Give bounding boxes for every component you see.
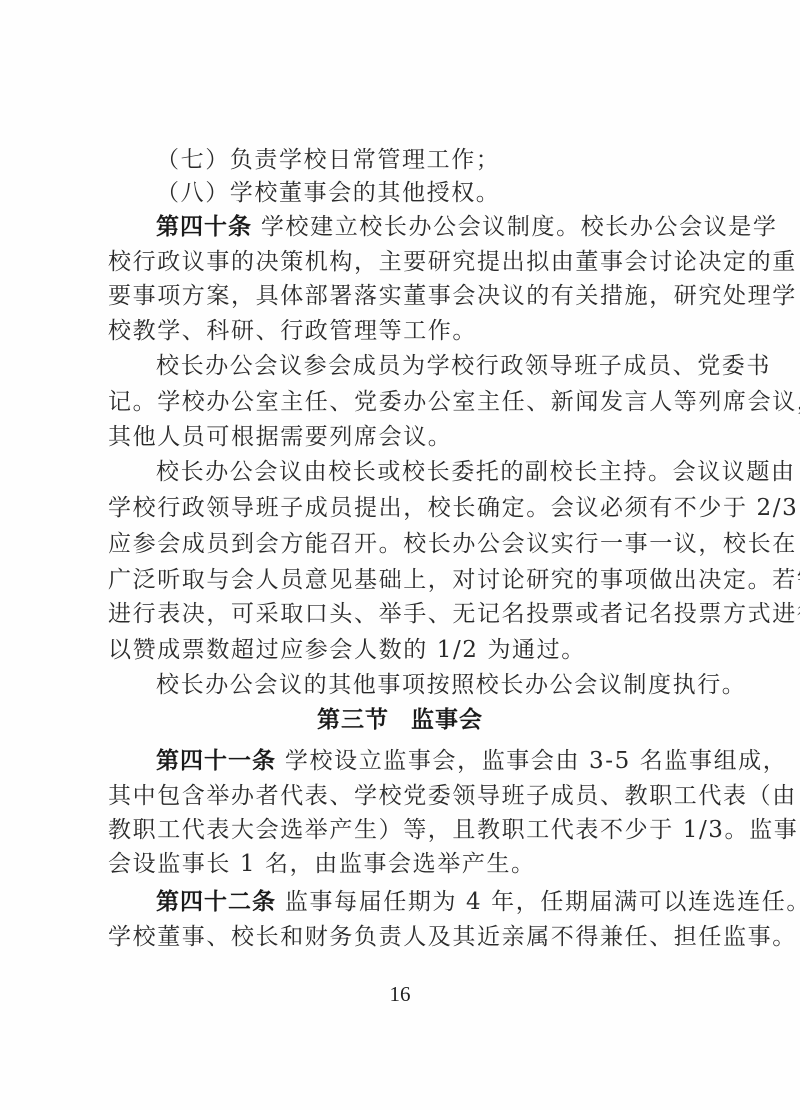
paragraph-text: （八）学校董事会的其他授权。 — [156, 180, 500, 206]
paragraph-text: 其他人员可根据需要列席会议。 — [108, 424, 452, 450]
paragraph-line: 校长办公会议的其他事项按照校长办公会议制度执行。 — [108, 670, 728, 700]
article-41-line: 第四十一条 学校设立监事会，监事会由 3-5 名监事组成， — [108, 746, 728, 776]
paragraph-text: 校长办公会议的其他事项按照校长办公会议制度执行。 — [156, 672, 746, 698]
article-number: 第四十一条 — [156, 748, 276, 774]
article-number: 第四十条 — [156, 214, 252, 240]
paragraph-text: （七）负责学校日常管理工作； — [156, 147, 500, 173]
paragraph-text: 教职工代表大会选举产生）等，且教职工代表不少于 1/3。监事 — [108, 817, 798, 843]
section-title: 监事会 — [411, 707, 483, 733]
paragraph-text: 学校设立监事会，监事会由 3-5 名监事组成， — [276, 748, 787, 774]
paragraph-text: 广泛听取与会人员意见基础上，对讨论研究的事项做出决定。若需 — [108, 567, 800, 593]
paragraph-line: 要事项方案，具体部署落实董事会决议的有关措施，研究处理学 — [108, 281, 728, 311]
paragraph-line: 教职工代表大会选举产生）等，且教职工代表不少于 1/3。监事 — [108, 815, 728, 845]
list-item-8: （八）学校董事会的其他授权。 — [108, 178, 728, 208]
paragraph-line: 记。学校办公室主任、党委办公室主任、新闻发言人等列席会议， — [108, 387, 728, 417]
paragraph-line: 广泛听取与会人员意见基础上，对讨论研究的事项做出决定。若需 — [108, 565, 728, 595]
section-number: 第三节 — [317, 707, 389, 733]
paragraph-line: 校长办公会议由校长或校长委托的副校长主持。会议议题由 — [108, 457, 728, 487]
paragraph-text: 要事项方案，具体部署落实董事会决议的有关措施，研究处理学 — [108, 283, 797, 309]
paragraph-line: 其他人员可根据需要列席会议。 — [108, 422, 728, 452]
list-item-7: （七）负责学校日常管理工作； — [108, 145, 728, 175]
paragraph-text: 其中包含举办者代表、学校党委领导班子成员、教职工代表（由 — [108, 783, 797, 809]
paragraph-line: 进行表决，可采取口头、举手、无记名投票或者记名投票方式进行， — [108, 599, 728, 629]
article-number: 第四十二条 — [156, 889, 276, 915]
paragraph-line: 校行政议事的决策机构，主要研究提出拟由董事会讨论决定的重 — [108, 247, 728, 277]
paragraph-text: 校长办公会议由校长或校长委托的副校长主持。会议议题由 — [156, 459, 796, 485]
article-40-line: 第四十条 学校建立校长办公会议制度。校长办公会议是学 — [108, 212, 728, 242]
paragraph-text: 学校行政领导班子成员提出，校长确定。会议必须有不少于 2/3 — [108, 495, 798, 521]
paragraph-line: 应参会成员到会方能召开。校长办公会议实行一事一议，校长在 — [108, 529, 728, 559]
paragraph-line: 学校行政领导班子成员提出，校长确定。会议必须有不少于 2/3 — [108, 493, 728, 523]
paragraph-text: 学校董事、校长和财务负责人及其近亲属不得兼任、担任监事。 — [108, 924, 797, 950]
paragraph-line: 其中包含举办者代表、学校党委领导班子成员、教职工代表（由 — [108, 781, 728, 811]
page-number: 16 — [0, 982, 800, 1007]
paragraph-text: 应参会成员到会方能召开。校长办公会议实行一事一议，校长在 — [108, 531, 797, 557]
paragraph-line: 学校董事、校长和财务负责人及其近亲属不得兼任、担任监事。 — [108, 922, 728, 952]
paragraph-text: 校教学、科研、行政管理等工作。 — [108, 318, 477, 344]
paragraph-line: 以赞成票数超过应参会人数的 1/2 为通过。 — [108, 635, 728, 665]
article-42-line: 第四十二条 监事每届任期为 4 年，任期届满可以连选连任。 — [108, 887, 728, 917]
paragraph-text: 记。学校办公室主任、党委办公室主任、新闻发言人等列席会议， — [108, 389, 800, 415]
paragraph-text: 监事每届任期为 4 年，任期届满可以连选连任。 — [276, 889, 800, 915]
paragraph-text: 进行表决，可采取口头、举手、无记名投票或者记名投票方式进行， — [108, 601, 800, 627]
paragraph-line: 校教学、科研、行政管理等工作。 — [108, 316, 728, 346]
paragraph-text: 学校建立校长办公会议制度。校长办公会议是学 — [252, 214, 778, 240]
paragraph-text: 以赞成票数超过应参会人数的 1/2 为通过。 — [108, 637, 586, 663]
paragraph-text: 校长办公会议参会成员为学校行政领导班子成员、党委书 — [156, 353, 771, 379]
document-page: （七）负责学校日常管理工作； （八）学校董事会的其他授权。 第四十条 学校建立校… — [0, 0, 800, 1110]
paragraph-line: 会设监事长 1 名，由监事会选举产生。 — [108, 849, 728, 879]
paragraph-line: 校长办公会议参会成员为学校行政领导班子成员、党委书 — [108, 351, 728, 381]
paragraph-text: 会设监事长 1 名，由监事会选举产生。 — [108, 851, 536, 877]
section-heading: 第三节监事会 — [0, 705, 800, 735]
paragraph-text: 校行政议事的决策机构，主要研究提出拟由董事会讨论决定的重 — [108, 249, 797, 275]
